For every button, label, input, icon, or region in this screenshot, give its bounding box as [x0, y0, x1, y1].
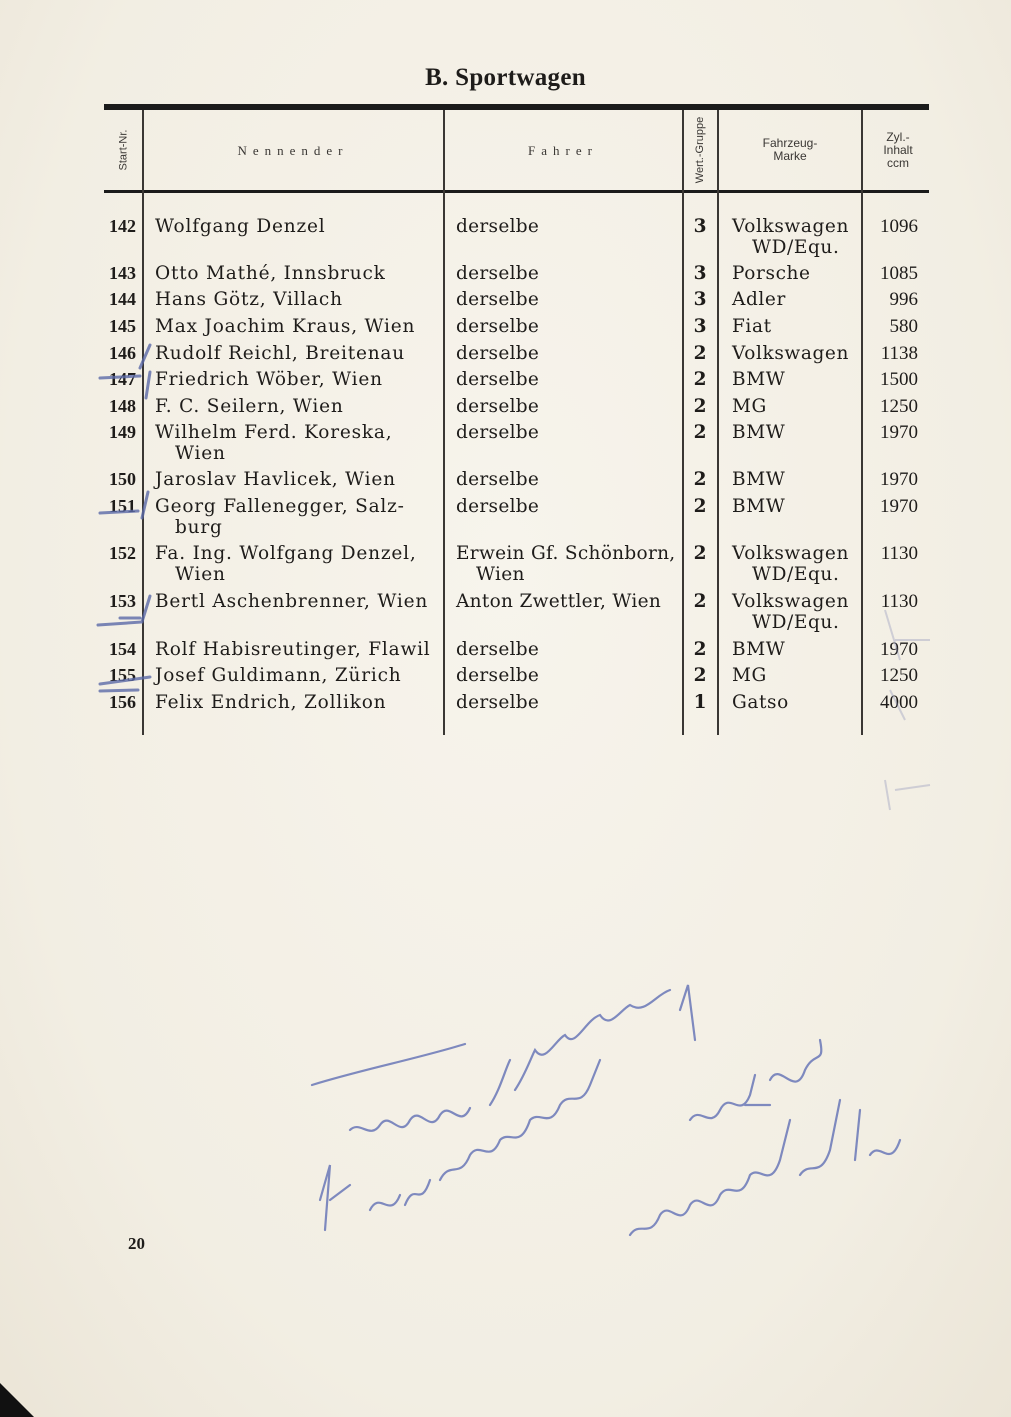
- vehicle-make: BMW: [732, 496, 785, 517]
- driver-name: derselbe: [456, 469, 539, 490]
- header-wert-gruppe: Wert.-Gruppe: [683, 110, 717, 190]
- start-number: 153: [104, 591, 136, 612]
- value-group: 2: [688, 469, 712, 490]
- driver-name: derselbe: [456, 369, 539, 390]
- vehicle-make: VolkswagenWD/Equ.: [732, 591, 849, 633]
- entrant-name: Jaroslav Havlicek, Wien: [155, 469, 396, 490]
- vehicle-make: Gatso: [732, 692, 789, 713]
- value-group: 3: [688, 263, 712, 284]
- start-number: 151: [104, 496, 136, 517]
- column-divider: [142, 110, 144, 735]
- entrant-name: Hans Götz, Villach: [155, 289, 343, 310]
- start-number: 155: [104, 665, 136, 686]
- cylinder-capacity: 996: [866, 289, 918, 310]
- entrant-name: F. C. Seilern, Wien: [155, 396, 344, 417]
- value-group: 2: [688, 343, 712, 364]
- entrant-name: Fa. Ing. Wolfgang Denzel,Wien: [155, 543, 417, 585]
- start-number: 154: [104, 639, 136, 660]
- vehicle-make: MG: [732, 396, 767, 417]
- value-group: 2: [688, 665, 712, 686]
- page-corner-shadow: [0, 1383, 34, 1417]
- cylinder-capacity: 1138: [866, 343, 918, 364]
- cylinder-capacity: 1970: [866, 496, 918, 517]
- header-start-nr: Start-Nr.: [104, 110, 142, 190]
- driver-name: derselbe: [456, 665, 539, 686]
- start-number: 156: [104, 692, 136, 713]
- entrant-name: Otto Mathé, Innsbruck: [155, 263, 386, 284]
- value-group: 3: [688, 216, 712, 237]
- vehicle-make: MG: [732, 665, 767, 686]
- cylinder-capacity: 1130: [866, 543, 918, 564]
- start-number: 148: [104, 396, 136, 417]
- cylinder-capacity: 1130: [866, 591, 918, 612]
- entrant-name: Friedrich Wöber, Wien: [155, 369, 383, 390]
- value-group: 2: [688, 396, 712, 417]
- cylinder-capacity: 1970: [866, 422, 918, 443]
- value-group: 2: [688, 422, 712, 443]
- driver-name: Anton Zwettler, Wien: [456, 591, 661, 612]
- start-number: 147: [104, 369, 136, 390]
- start-number: 152: [104, 543, 136, 564]
- cylinder-capacity: 4000: [866, 692, 918, 713]
- header-fahrer: Fahrer: [444, 110, 682, 190]
- vehicle-make: VolkswagenWD/Equ.: [732, 216, 849, 258]
- column-divider: [861, 110, 863, 735]
- vehicle-make: Adler: [732, 289, 786, 310]
- header-zyl-inhalt: Zyl.-Inhalt ccm: [868, 110, 928, 190]
- entrant-name: Max Joachim Kraus, Wien: [155, 316, 415, 337]
- value-group: 2: [688, 639, 712, 660]
- start-number: 143: [104, 263, 136, 284]
- start-number: 144: [104, 289, 136, 310]
- start-number: 145: [104, 316, 136, 337]
- column-divider: [443, 110, 445, 735]
- vehicle-make: VolkswagenWD/Equ.: [732, 543, 849, 585]
- entrant-name: Rudolf Reichl, Breitenau: [155, 343, 405, 364]
- entrant-name: Georg Fallenegger, Salz-burg: [155, 496, 405, 538]
- driver-name: derselbe: [456, 216, 539, 237]
- entrant-name: Wilhelm Ferd. Koreska,Wien: [155, 422, 392, 464]
- driver-name: derselbe: [456, 396, 539, 417]
- cylinder-capacity: 1970: [866, 469, 918, 490]
- value-group: 1: [688, 692, 712, 713]
- cylinder-capacity: 1250: [866, 396, 918, 417]
- cylinder-capacity: 1250: [866, 665, 918, 686]
- start-number: 146: [104, 343, 136, 364]
- start-number: 149: [104, 422, 136, 443]
- entrant-name: Wolfgang Denzel: [155, 216, 325, 237]
- page-number: 20: [128, 1234, 145, 1254]
- handwritten-address-icon: [300, 980, 980, 1320]
- value-group: 3: [688, 316, 712, 337]
- vehicle-make: Fiat: [732, 316, 772, 337]
- value-group: 2: [688, 496, 712, 517]
- header-fahrzeug-marke: Fahrzeug-Marke: [725, 110, 855, 190]
- entrant-name: Felix Endrich, Zollikon: [155, 692, 386, 713]
- vehicle-make: Volkswagen: [732, 343, 849, 364]
- vehicle-make: Porsche: [732, 263, 811, 284]
- vehicle-make: BMW: [732, 469, 785, 490]
- page-title: B. Sportwagen: [0, 64, 1011, 92]
- vehicle-make: BMW: [732, 369, 785, 390]
- value-group: 2: [688, 369, 712, 390]
- start-number: 142: [104, 216, 136, 237]
- entrant-name: Rolf Habisreutinger, Flawil: [155, 639, 431, 660]
- entrant-name: Bertl Aschenbrenner, Wien: [155, 591, 428, 612]
- vehicle-make: BMW: [732, 422, 785, 443]
- cylinder-capacity: 1096: [866, 216, 918, 237]
- header-nennender: Nennender: [143, 110, 443, 190]
- driver-name: derselbe: [456, 289, 539, 310]
- start-number: 150: [104, 469, 136, 490]
- driver-name: derselbe: [456, 343, 539, 364]
- driver-name: derselbe: [456, 496, 539, 517]
- cylinder-capacity: 1970: [866, 639, 918, 660]
- column-divider: [682, 110, 684, 735]
- cylinder-capacity: 1500: [866, 369, 918, 390]
- driver-name: derselbe: [456, 422, 539, 443]
- cylinder-capacity: 1085: [866, 263, 918, 284]
- driver-name: Erwein Gf. Schönborn,Wien: [456, 543, 676, 585]
- value-group: 2: [688, 591, 712, 612]
- cylinder-capacity: 580: [866, 316, 918, 337]
- driver-name: derselbe: [456, 316, 539, 337]
- driver-name: derselbe: [456, 692, 539, 713]
- value-group: 3: [688, 289, 712, 310]
- value-group: 2: [688, 543, 712, 564]
- table-header-rule: [104, 190, 929, 193]
- vehicle-make: BMW: [732, 639, 785, 660]
- document-page: B. Sportwagen Start-Nr. Nennender Fahrer…: [0, 0, 1011, 1417]
- driver-name: derselbe: [456, 639, 539, 660]
- entrant-name: Josef Guldimann, Zürich: [155, 665, 401, 686]
- driver-name: derselbe: [456, 263, 539, 284]
- column-divider: [717, 110, 719, 735]
